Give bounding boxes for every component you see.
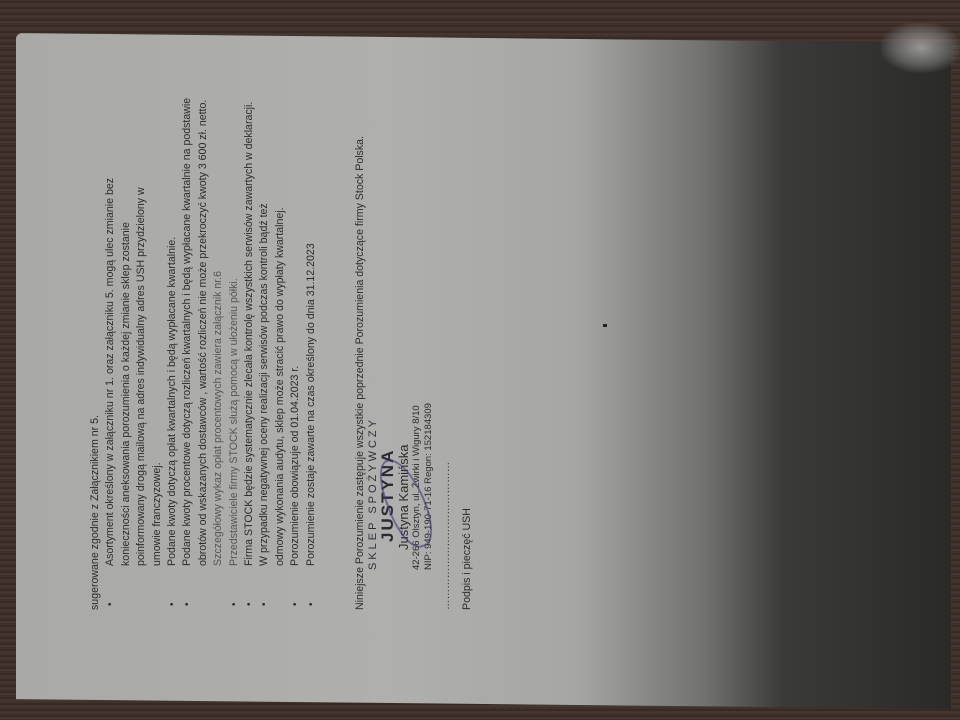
list-item: Porozumienie obowiązuje od 01.04.2023 r.	[288, 70, 303, 566]
list-item: Porozumienie zostaje zawarte na czas okr…	[304, 70, 319, 566]
stamp-title: SKLEP SPOŻYWCZY	[367, 70, 379, 570]
text-line: Porozumienie obowiązuje od 01.04.2023 r.	[288, 70, 303, 566]
text-line: konieczności aneksowania porozumienia o …	[119, 70, 134, 566]
text-line: Szczegółowy wykaz opłat procentowych zaw…	[211, 70, 226, 566]
bullet-list: Asortyment określony w załączniku nr 1. …	[103, 70, 319, 610]
text-line: Firma STOCK będzie systematycznie zlecał…	[242, 70, 257, 566]
text-line: Porozumienie zostaje zawarte na czas okr…	[304, 70, 319, 566]
text-line: obrotów od wskazanych dostawców , wartoś…	[196, 70, 211, 566]
text-line: Podane kwoty procentowe dotyczą rozlicze…	[180, 70, 195, 566]
text-line: W przypadku negatywnej oceny realizacji …	[257, 70, 272, 566]
text-line: Przedstawiciele firmy STOCK służą pomocą…	[227, 70, 242, 566]
stamp-ids: NIP: 949-190-71-16 Regon: 152184309	[423, 70, 435, 570]
list-item: Asortyment określony w załączniku nr 1. …	[103, 70, 165, 566]
text-line: umowie franczyzowej.	[150, 70, 165, 566]
text-line: Podane kwoty dotyczą opłat kwartalnych i…	[165, 70, 180, 566]
list-item: Podane kwoty dotyczą opłat kwartalnych i…	[165, 70, 180, 566]
list-item: Przedstawiciele firmy STOCK służą pomocą…	[227, 70, 242, 566]
text-line: poinformowany drogą mailową na adres ind…	[134, 70, 149, 566]
signature-line: ……………………………………	[439, 70, 454, 610]
shadow	[881, 22, 960, 73]
speck	[603, 324, 607, 327]
text-line: odmowy wykonania audytu, sklep może stra…	[273, 70, 288, 566]
list-item: Podane kwoty procentowe dotyczą rozlicze…	[180, 70, 226, 566]
signature-caption: Podpis i pieczęć USH	[460, 70, 475, 610]
document-text: sugerowane zgodnie z Załącznikiem nr 5. …	[88, 70, 475, 610]
list-item: W przypadku negatywnej oceny realizacji …	[257, 70, 288, 566]
company-stamp: SKLEP SPOŻYWCZY JUSTYNA Justyna Kamińska…	[367, 70, 435, 610]
text-line: Asortyment określony w załączniku nr 1. …	[103, 70, 118, 566]
list-item: Firma STOCK będzie systematycznie zlecał…	[242, 70, 257, 566]
text-line: sugerowane zgodnie z Załącznikiem nr 5.	[88, 70, 103, 610]
